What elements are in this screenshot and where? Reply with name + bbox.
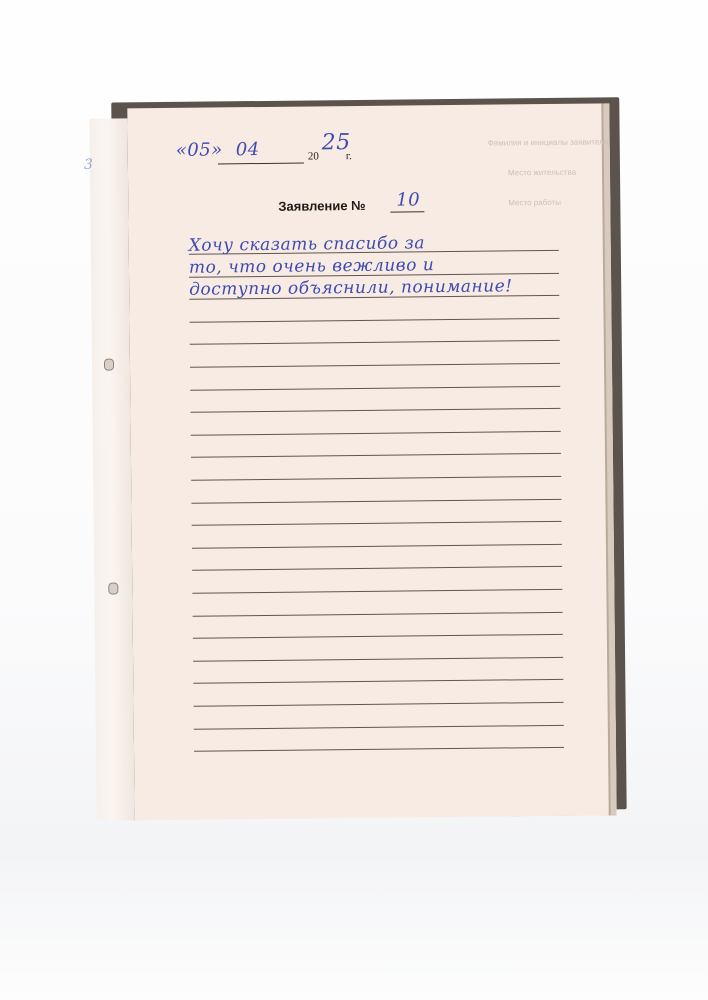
binding-staple [108,583,118,595]
handwritten-line: доступно объяснили, понимание! [189,276,569,304]
ruled-line [193,634,563,639]
ruled-line [191,498,561,503]
ruled-line [191,453,561,458]
margin-mark: 3 [84,157,94,173]
ruled-line [194,702,564,707]
ruled-line [192,521,562,526]
ruled-line [190,385,560,390]
ruled-line [191,476,561,481]
page: Фамилия и инициалы заявителя Место жител… [127,103,616,820]
ruled-line [193,679,563,684]
ruled-line [194,747,564,752]
ruled-line [194,724,564,729]
ruled-line [192,589,562,594]
complaint-book: 3 Фамилия и инициалы заявителя Место жит… [89,97,626,821]
ruled-line [192,566,562,571]
ruled-line [190,363,560,368]
binding-staple [104,359,114,371]
ruled-lines [187,104,564,820]
ruled-line [192,544,562,549]
ruled-line [193,657,563,662]
ruled-line [193,611,563,616]
ruled-line [191,431,561,436]
ruled-line [190,340,560,345]
ruled-line [190,318,560,323]
ruled-line [190,408,560,413]
